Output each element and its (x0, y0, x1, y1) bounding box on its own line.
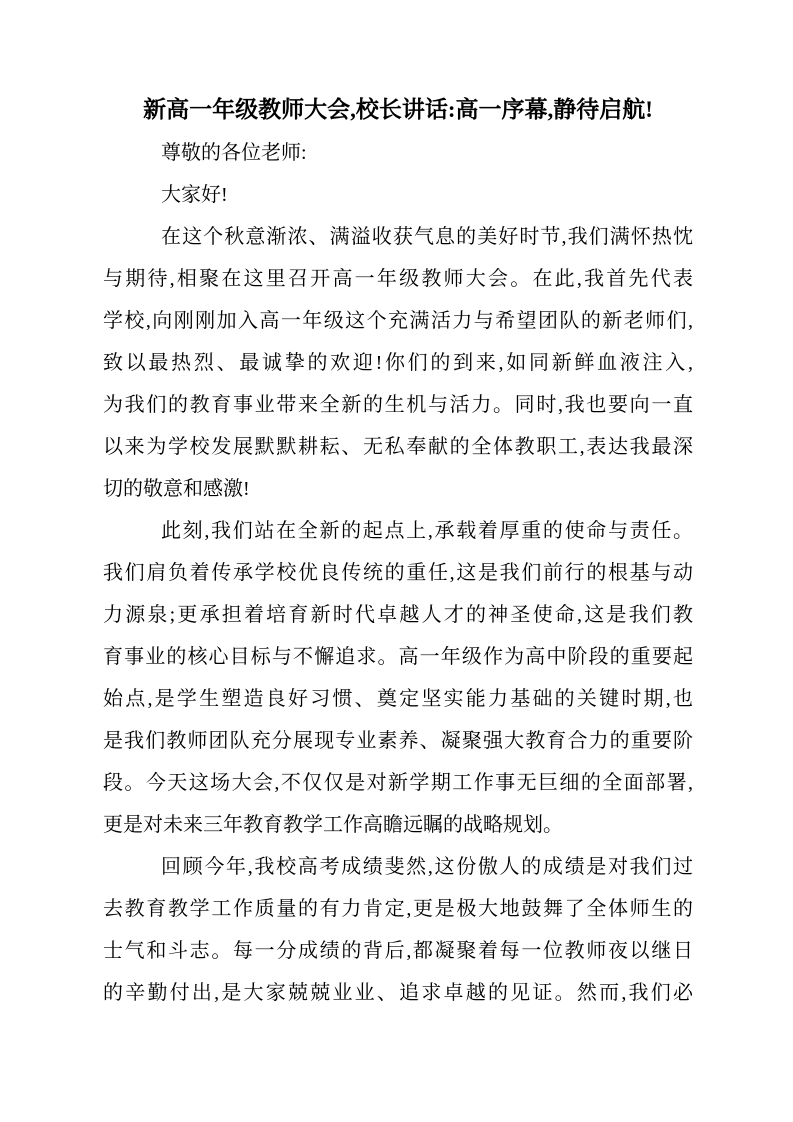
text-line: 始点,是学生塑造良好习惯、奠定坚实能力基础的关键时期,也 (103, 678, 693, 720)
text-line: 的辛勤付出,是大家兢兢业业、追求卓越的见证。然而,我们必 (103, 972, 693, 1014)
text-line: 在这个秋意渐浓、满溢收获气息的美好时节,我们满怀热忱 (103, 216, 693, 258)
paragraph: 大家好! (103, 174, 693, 216)
text-line: 力源泉;更承担着培育新时代卓越人才的神圣使命,这是我们教 (103, 594, 693, 636)
paragraph: 在这个秋意渐浓、满溢收获气息的美好时节,我们满怀热忱与期待,相聚在这里召开高一年… (103, 216, 693, 510)
paragraph: 此刻,我们站在全新的起点上,承载着厚重的使命与责任。我们肩负着传承学校优良传统的… (103, 510, 693, 846)
text-line: 是我们教师团队充分展现专业素养、凝聚强大教育合力的重要阶 (103, 720, 693, 762)
text-line: 回顾今年,我校高考成绩斐然,这份傲人的成绩是对我们过 (103, 846, 693, 888)
text-line: 切的敬意和感激! (103, 468, 693, 510)
text-line: 尊敬的各位老师: (103, 132, 693, 174)
text-line: 更是对未来三年教育教学工作高瞻远瞩的战略规划。 (103, 804, 693, 846)
paragraph: 尊敬的各位老师: (103, 132, 693, 174)
text-line: 我们肩负着传承学校优良传统的重任,这是我们前行的根基与动 (103, 552, 693, 594)
document-page: 新高一年级教师大会,校长讲话:高一序幕,静待启航! 尊敬的各位老师:大家好!在这… (0, 0, 793, 1122)
text-line: 致以最热烈、最诚挚的欢迎!你们的到来,如同新鲜血液注入, (103, 342, 693, 384)
text-line: 士气和斗志。每一分成绩的背后,都凝聚着每一位教师夜以继日 (103, 930, 693, 972)
text-line: 去教育教学工作质量的有力肯定,更是极大地鼓舞了全体师生的 (103, 888, 693, 930)
paragraph: 回顾今年,我校高考成绩斐然,这份傲人的成绩是对我们过去教育教学工作质量的有力肯定… (103, 846, 693, 1014)
document-body: 尊敬的各位老师:大家好!在这个秋意渐浓、满溢收获气息的美好时节,我们满怀热忱与期… (103, 132, 693, 1014)
text-line: 段。今天这场大会,不仅仅是对新学期工作事无巨细的全面部署, (103, 762, 693, 804)
document-title: 新高一年级教师大会,校长讲话:高一序幕,静待启航! (103, 92, 693, 128)
text-line: 与期待,相聚在这里召开高一年级教师大会。在此,我首先代表 (103, 258, 693, 300)
text-line: 育事业的核心目标与不懈追求。高一年级作为高中阶段的重要起 (103, 636, 693, 678)
text-line: 为我们的教育事业带来全新的生机与活力。同时,我也要向一直 (103, 384, 693, 426)
text-line: 大家好! (103, 174, 693, 216)
text-line: 以来为学校发展默默耕耘、无私奉献的全体教职工,表达我最深 (103, 426, 693, 468)
text-line: 学校,向刚刚加入高一年级这个充满活力与希望团队的新老师们, (103, 300, 693, 342)
text-line: 此刻,我们站在全新的起点上,承载着厚重的使命与责任。 (103, 510, 693, 552)
